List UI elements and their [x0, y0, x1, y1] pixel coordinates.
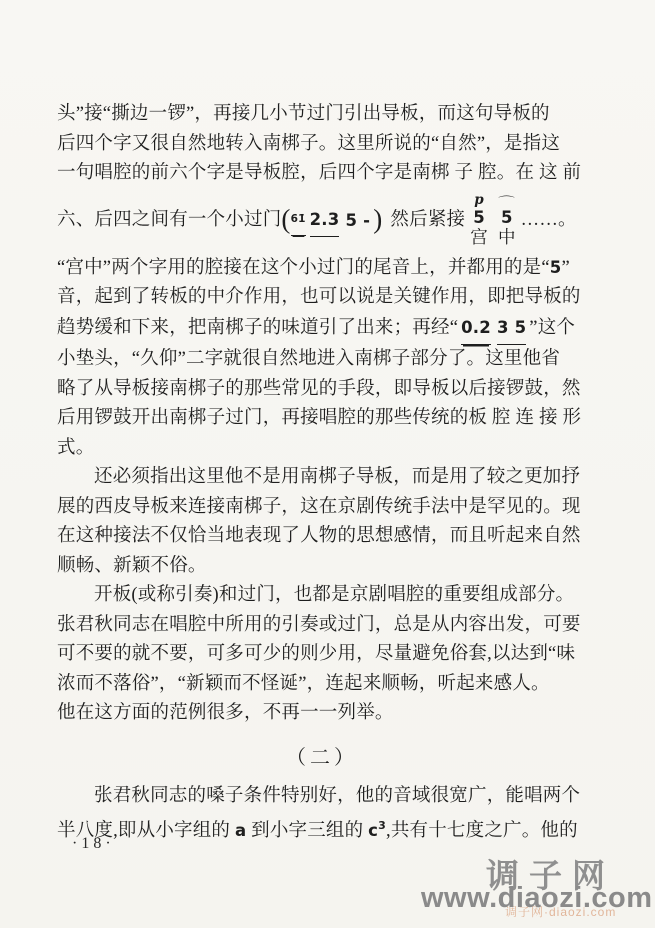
- jianpu-note: 5: [345, 206, 357, 236]
- jianpu-dash: -: [363, 206, 370, 236]
- notation-text-after: ……。: [521, 206, 577, 236]
- jianpu-notes: 0.2: [461, 313, 491, 346]
- note-stack-zhong: ⌒ 5 中: [498, 194, 516, 248]
- note-stack-gong: p 5 宫: [470, 194, 488, 248]
- text-block: 头”接“撕边一锣”，再接几小节过门引出导板，而这句导板的 后四个字又很自然地转入…: [57, 100, 587, 847]
- music-notation-line: 六、后四之间有一个小过门 ( 6̇1̇ 2.3 5 - ) 然后紧接 p 5 宫…: [57, 189, 587, 253]
- text-line: 在这种接法不仅恰当地表现了人物的思想感情，而且听起来自然: [57, 522, 587, 552]
- dynamic-p-mark: p: [474, 194, 484, 209]
- watermark-site-url: www.diaozi.com: [421, 882, 653, 915]
- text-line: 头”接“撕边一锣”，再接几小节过门引出导板，而这句导板的: [57, 100, 587, 130]
- text-line: 张君秋同志在唱腔中所用的引奏或过门，总是从内容出发，可要: [57, 611, 587, 641]
- bold-note-number: 5: [550, 258, 562, 277]
- text-line: 顺畅、新颖不俗。: [57, 552, 587, 582]
- text-line: 一句唱腔的前六个字是导板腔，后四个字是南梆 子 腔。在 这 前: [57, 159, 587, 189]
- text-line: 他在这方面的范例很多，不再一一列举。: [57, 699, 587, 729]
- text-line: 趋势缓和下来，把南梆子的味道引了出来；再经“0.23 5”这个: [57, 313, 587, 346]
- lyric-char: 宫: [470, 229, 488, 247]
- text-line: 后四个字又很自然地转入南梆子。这里所说的“自然”，是指这: [57, 130, 587, 160]
- notation-close-paren: ): [373, 205, 382, 235]
- notation-open-paren: (: [281, 205, 290, 235]
- jianpu-notes: 2.3: [310, 205, 340, 237]
- notation-text-before: 六、后四之间有一个小过门: [57, 206, 281, 236]
- text-line: 式。: [57, 434, 587, 464]
- pitch-octave-superscript: 3: [378, 819, 386, 832]
- text-line: 半八度,即从小字组的 a 到小字三组的 c3,共有十七度之广。他的: [57, 811, 587, 847]
- text-line: 浓而不落俗”，“新颖而不怪诞”，连起来顺畅，听起来感人。: [57, 670, 587, 700]
- lyric-char: 中: [498, 229, 516, 247]
- text-line: 小垫头，“久仰”二字就很自然地进入南梆子部分了。这里他省: [57, 345, 587, 375]
- text-line: 可不要的就不要，可多可少的则少用，尽量避免俗套,以达到“味: [57, 640, 587, 670]
- pitch-letter-a: a: [235, 821, 246, 840]
- paragraph-start-line: 张君秋同志的嗓子条件特别好，他的音域很宽广，能唱两个: [57, 782, 587, 812]
- section-heading: （二）: [57, 742, 587, 774]
- book-page: 头”接“撕边一锣”，再接几小节过门引出导板，而这句导板的 后四个字又很自然地转入…: [0, 0, 655, 928]
- text-line: 音，起到了转板的中介作用，也可以说是关键作用，即把导板的: [57, 283, 587, 313]
- pitch-letter-c: c: [368, 821, 378, 840]
- jianpu-note: 5: [501, 209, 513, 230]
- paragraph-start-line: 开板(或称引奏)和过门，也都是京剧唱腔的重要组成部分。: [57, 581, 587, 611]
- text-line: 展的西皮导板来连接南梆子，这在京剧传统手法中是罕见的。现: [57, 493, 587, 523]
- jianpu-note: 5: [473, 209, 485, 230]
- text-line: 略了从导板接南梆子的那些常见的手段，即导板以后接锣鼓，然: [57, 375, 587, 405]
- page-number: ·18·: [72, 835, 115, 853]
- grace-notes: 6̇1̇: [291, 205, 306, 237]
- tie-arc-mark: ⌒: [498, 196, 515, 211]
- paragraph-start-line: 还必须指出这里他不是用南梆子导板，而是用了较之更加抒: [57, 463, 587, 493]
- text-line: 后用锣鼓开出南梆子过门，再接唱腔的那些传统的板 腔 连 接 形: [57, 404, 587, 434]
- jianpu-notes: 3 5: [497, 313, 526, 345]
- notation-text-mid: 然后紧接: [390, 206, 465, 236]
- text-line: “宫中”两个字用的腔接在这个小过门的尾音上，并都用的是“5”: [57, 253, 587, 284]
